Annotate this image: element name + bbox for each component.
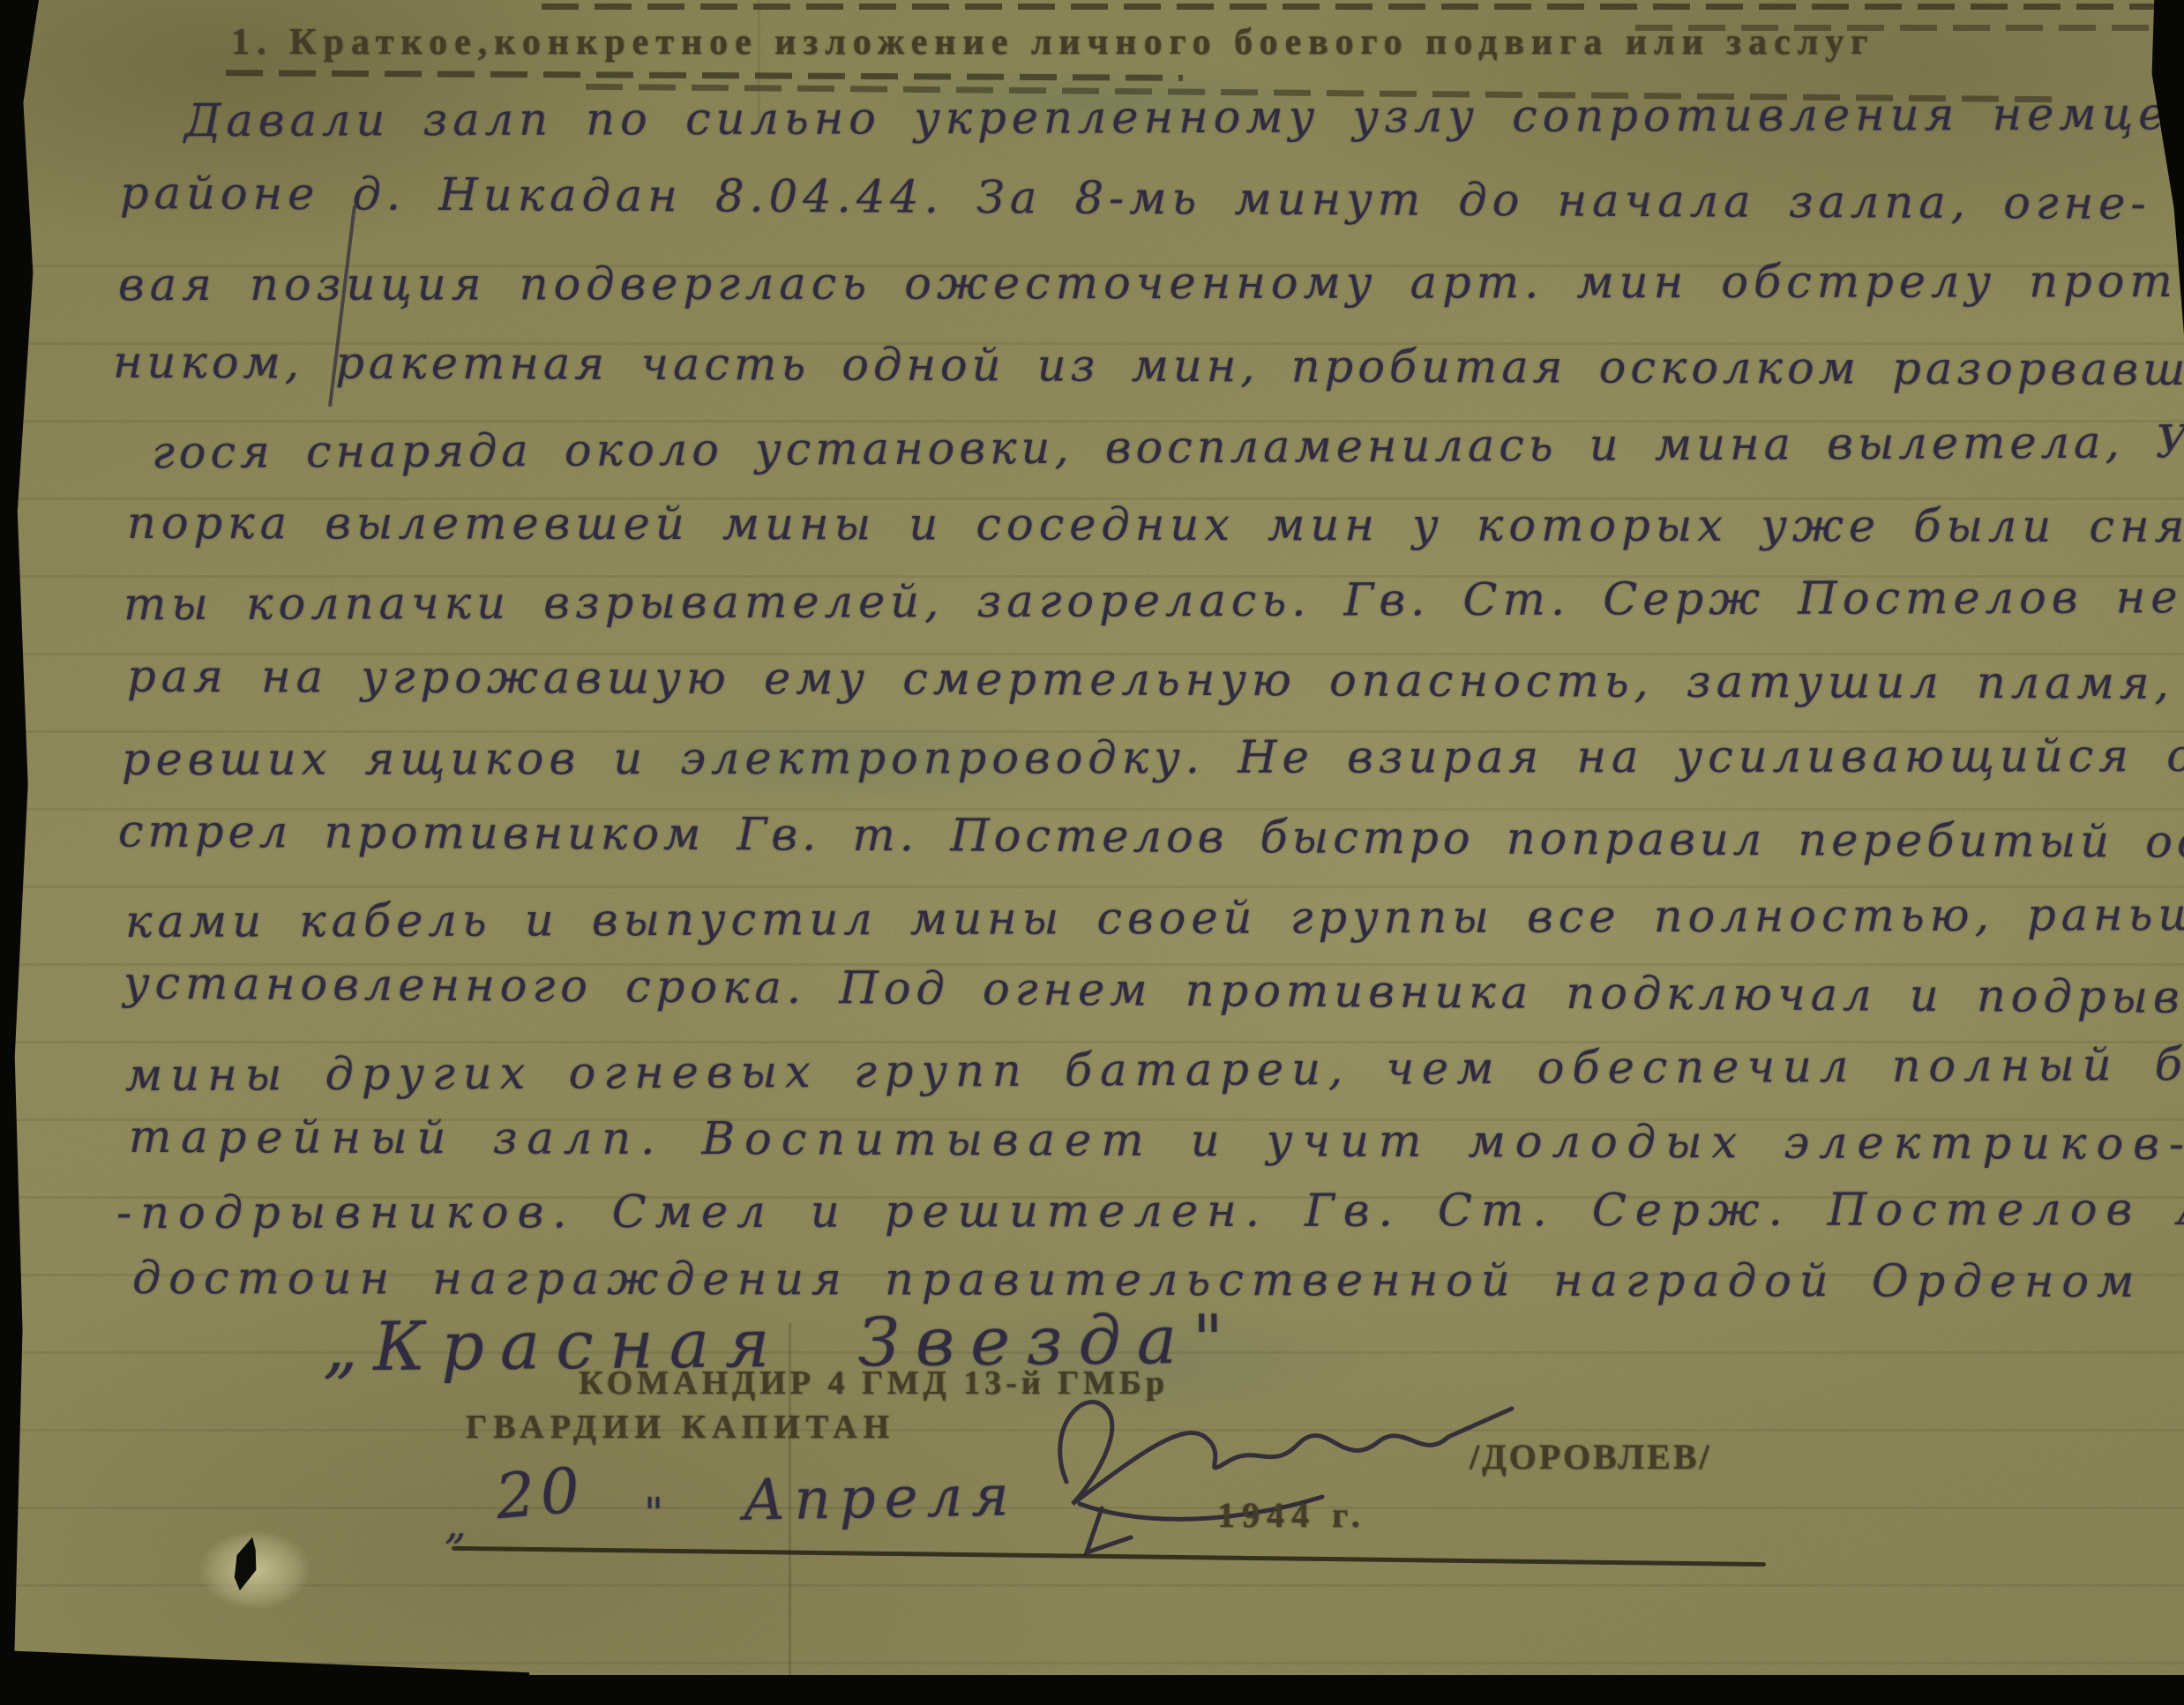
date-month: Апреля [742, 1463, 1018, 1533]
date-open-quote: „ [445, 1499, 472, 1549]
handwritten-line: вая позиция подверглась ожесточенному ар… [118, 256, 2184, 311]
handwritten-line: мины других огневых групп батареи, чем о… [125, 1039, 2184, 1103]
date-close-quote: " [644, 1489, 669, 1538]
handwritten-line: ками кабель и выпустил мины своей группы… [125, 889, 2184, 948]
handwritten-line: районе д. Никадан 8.04.44. За 8-мь минут… [120, 168, 2151, 230]
top-dashed-rule [542, 4, 2156, 10]
handwritten-line: установленного срока. Под огнем противни… [123, 958, 2184, 1025]
handwritten-line: -подрывников. Смел и решителен. Гв. Ст. … [116, 1184, 2184, 1239]
date-year: 1944 г. [1217, 1494, 1367, 1536]
section-heading: 1. Краткое,конкретное изложение личного … [231, 21, 1874, 64]
date-day: 20 [493, 1454, 588, 1533]
handwritten-line: рая на угрожавшую ему смертельную опасно… [127, 651, 2184, 711]
handwritten-line: тарейный залп. Воспитывает и учит молоды… [129, 1111, 2184, 1170]
commander-title-line-2: ГВАРДИИ КАПИТАН [466, 1408, 895, 1447]
paper-sheet: 1. Краткое,конкретное изложение личного … [12, 0, 2184, 1679]
handwritten-line: ником, ракетная часть одной из мин, проб… [113, 337, 2184, 396]
header-underline-rule [226, 70, 1183, 81]
handwritten-line: Давали залп по сильно укрепленному узлу … [184, 88, 2184, 147]
handwritten-line: ревших ящиков и электропроводку. Не взир… [122, 730, 2184, 786]
scanned-award-document: 1. Краткое,конкретное изложение личного … [0, 0, 2184, 1705]
handwritten-line: стрел противником Гв. т. Постелов быстро… [118, 805, 2184, 869]
handwritten-line: гося снаряда около установки, воспламени… [152, 416, 2184, 480]
handwritten-line: ты колпачки взрывателей, загорелась. Гв.… [123, 572, 2184, 632]
handwritten-line: порка вылетевшей мины и соседних мин у к… [127, 497, 2184, 553]
